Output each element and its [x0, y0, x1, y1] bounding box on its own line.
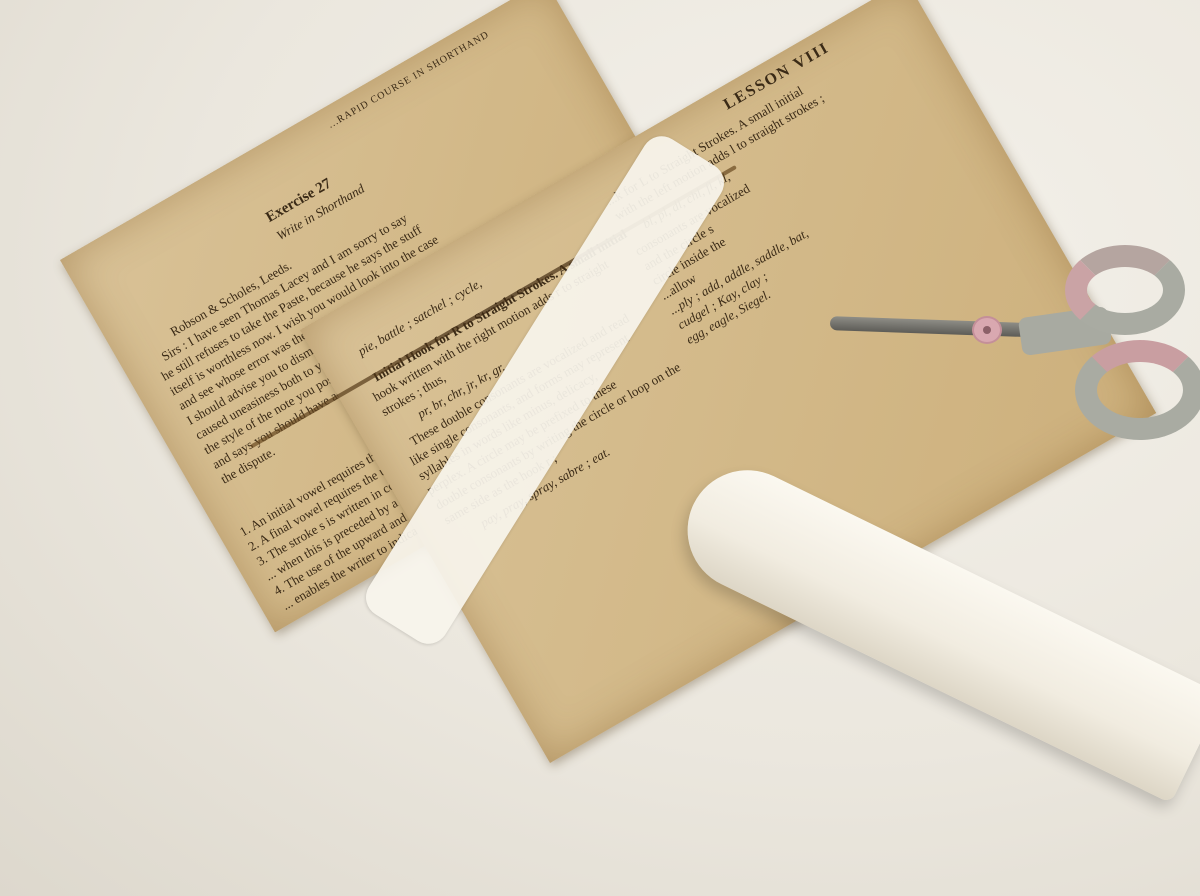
- running-head: ...RAPID COURSE IN SHORTHAND: [325, 27, 493, 134]
- scissors-handle-top: [1065, 245, 1185, 335]
- scissors-handle-bottom: [1075, 340, 1200, 440]
- photo-scene: ...RAPID COURSE IN SHORTHAND Exercise 27…: [0, 0, 1200, 896]
- scissors-pivot: [972, 316, 1002, 344]
- scissors-blade: [830, 316, 1050, 338]
- scissors: [830, 240, 1200, 460]
